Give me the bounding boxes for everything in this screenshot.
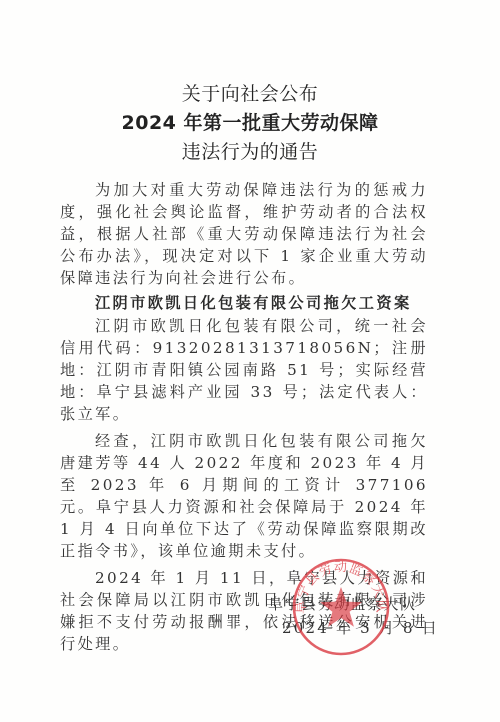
notice-body: 为加大对重大劳动保障违法行为的惩戒力度，强化社会舆论监督，维护劳动者的合法权益，… (60, 179, 428, 655)
company-info-paragraph: 江阴市欧凯日化包装有限公司，统一社会信用代码：91320281313718056… (60, 315, 428, 425)
case-heading: 江阴市欧凯日化包装有限公司拖欠工资案 (60, 292, 428, 314)
signature-block: 阜宁县劳动监察大队 2024 年 3 月 8 日 (262, 592, 410, 640)
document-page: 关于向社会公布 2024 年第一批重大劳动保障 违法行为的通告 为加大对重大劳动… (0, 0, 500, 722)
notice-title: 关于向社会公布 2024 年第一批重大劳动保障 违法行为的通告 (0, 80, 500, 167)
title-line-1: 关于向社会公布 (0, 80, 500, 109)
signing-date: 2024 年 3 月 8 日 (262, 616, 410, 640)
title-line-2: 2024 年第一批重大劳动保障 (0, 109, 500, 138)
findings-paragraph: 经查，江阴市欧凯日化包装有限公司拖欠唐建芳等 44 人 2022 年度和 202… (60, 430, 428, 562)
title-line-3: 违法行为的通告 (0, 138, 500, 167)
intro-paragraph: 为加大对重大劳动保障违法行为的惩戒力度，强化社会舆论监督，维护劳动者的合法权益，… (60, 179, 428, 289)
signing-organization: 阜宁县劳动监察大队 (262, 592, 410, 616)
